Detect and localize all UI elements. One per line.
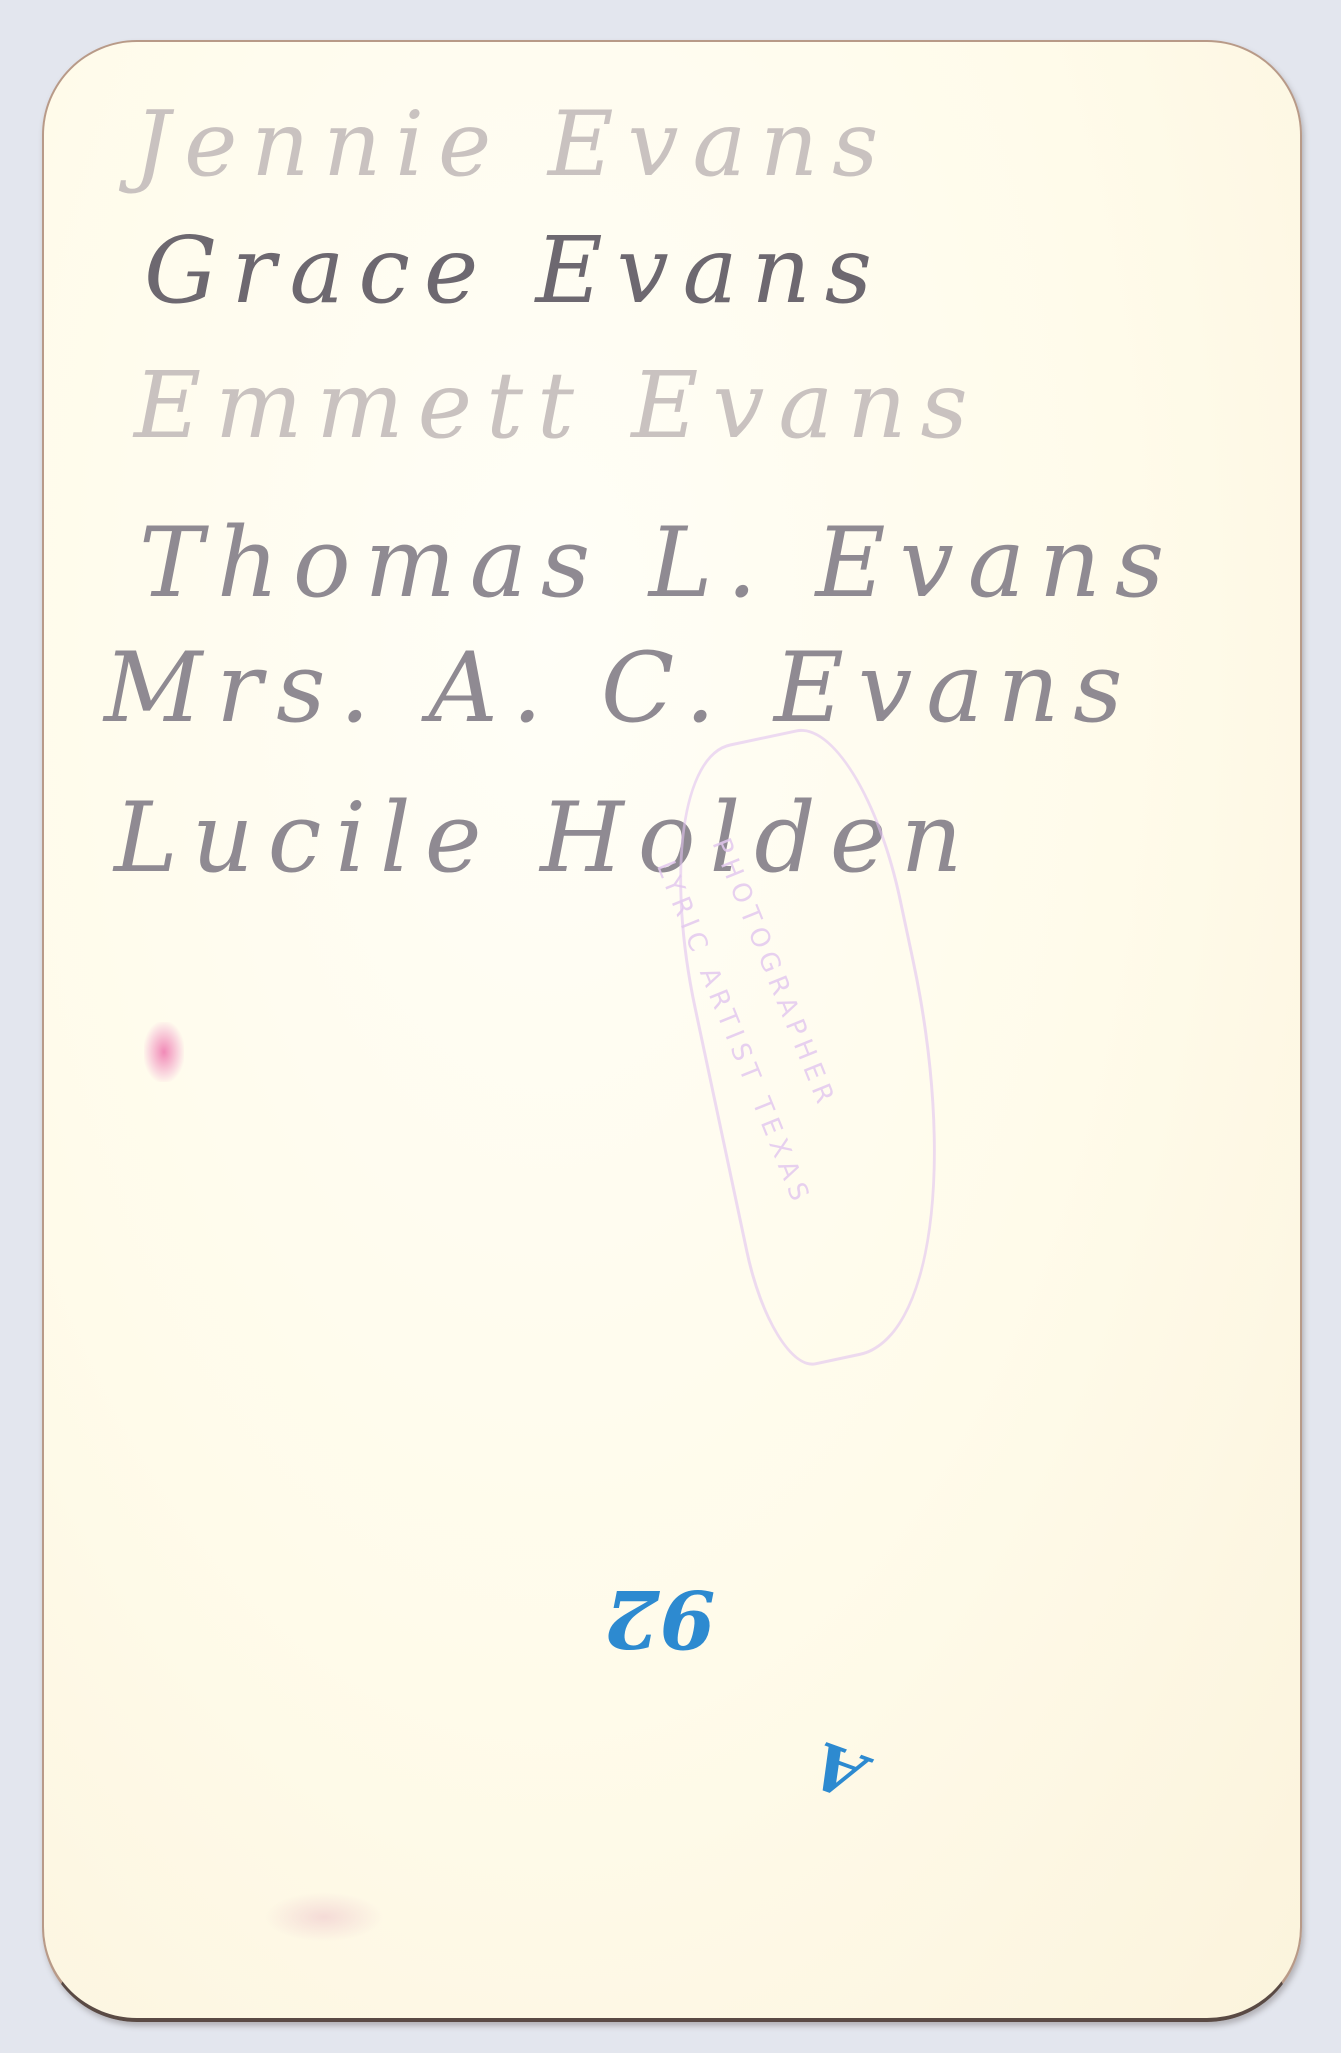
handwritten-name-1: Jennie Evans — [134, 92, 892, 197]
pink-smudge — [264, 1892, 384, 1942]
blue-letter-mark: A — [803, 1726, 875, 1813]
handwritten-name-4: Thomas L. Evans — [139, 507, 1178, 619]
blue-number-mark: 92 — [604, 1572, 715, 1666]
handwritten-name-5: Mrs. A. C. Evans — [104, 632, 1137, 744]
handwritten-name-3: Emmett Evans — [134, 352, 982, 459]
photo-card-back: Jennie Evans Grace Evans Emmett Evans Th… — [42, 40, 1302, 2022]
stamp-line-1: PHOTOGRAPHER — [706, 834, 842, 1113]
handwritten-name-2: Grace Evans — [144, 217, 886, 324]
pink-ink-spot — [144, 1022, 184, 1082]
